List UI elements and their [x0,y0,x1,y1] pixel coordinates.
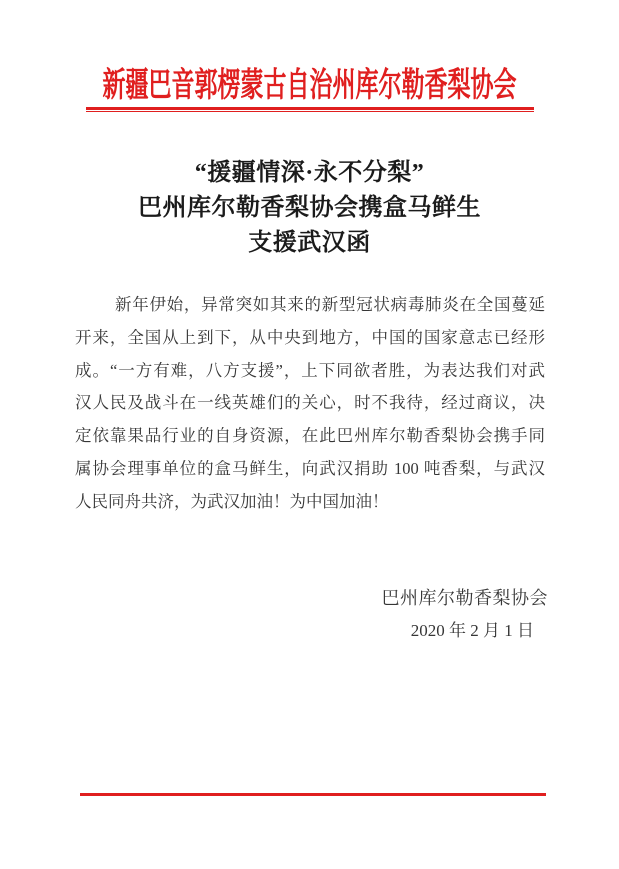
letterhead: 新疆巴音郭楞蒙古自治州库尔勒香梨协会 [0,62,619,110]
signature-block: 巴州库尔勒香梨协会 2020 年 2 月 1 日 [228,584,548,645]
body-paragraph: 新年伊始，异常突如其来的新型冠状病毒肺炎在全国蔓延 开来，全国从上到下，从中央到… [75,289,545,519]
body-line: 属协会理事单位的盒马鲜生，向武汉捐助 100 吨香梨，与武汉 [75,453,545,486]
footer-rule [80,793,546,796]
body-line: 开来，全国从上到下，从中央到地方，中国的国家意志已经形 [75,322,545,355]
body-line: 汉人民及战斗在一线英雄们的关心，时不我待，经过商议，决 [75,387,545,420]
document-title-line-2: 巴州库尔勒香梨协会携盒马鲜生 [0,191,619,226]
document-title: “援疆情深·永不分梨” 巴州库尔勒香梨协会携盒马鲜生 支援武汉函 [0,156,619,261]
letterhead-rule-thin [86,111,534,112]
signature-org: 巴州库尔勒香梨协会 [228,584,548,612]
body-line: 成。“一方有难，八方支援”，上下同欲者胜，为表达我们对武 [75,355,545,388]
letterhead-double-rule [86,107,534,112]
document-title-line-1: “援疆情深·永不分梨” [0,156,619,191]
body-line: 人民同舟共济，为武汉加油！为中国加油！ [75,486,545,519]
document-title-line-3: 支援武汉函 [0,226,619,261]
body-line: 新年伊始，异常突如其来的新型冠状病毒肺炎在全国蔓延 [75,289,545,322]
signature-date: 2020 年 2 月 1 日 [228,617,548,645]
letterhead-rule-thick [86,107,534,110]
body-line: 定依靠果品行业的自身资源，在此巴州库尔勒香梨协会携手同 [75,420,545,453]
letter-page: 新疆巴音郭楞蒙古自治州库尔勒香梨协会 “援疆情深·永不分梨” 巴州库尔勒香梨协会… [0,0,619,869]
